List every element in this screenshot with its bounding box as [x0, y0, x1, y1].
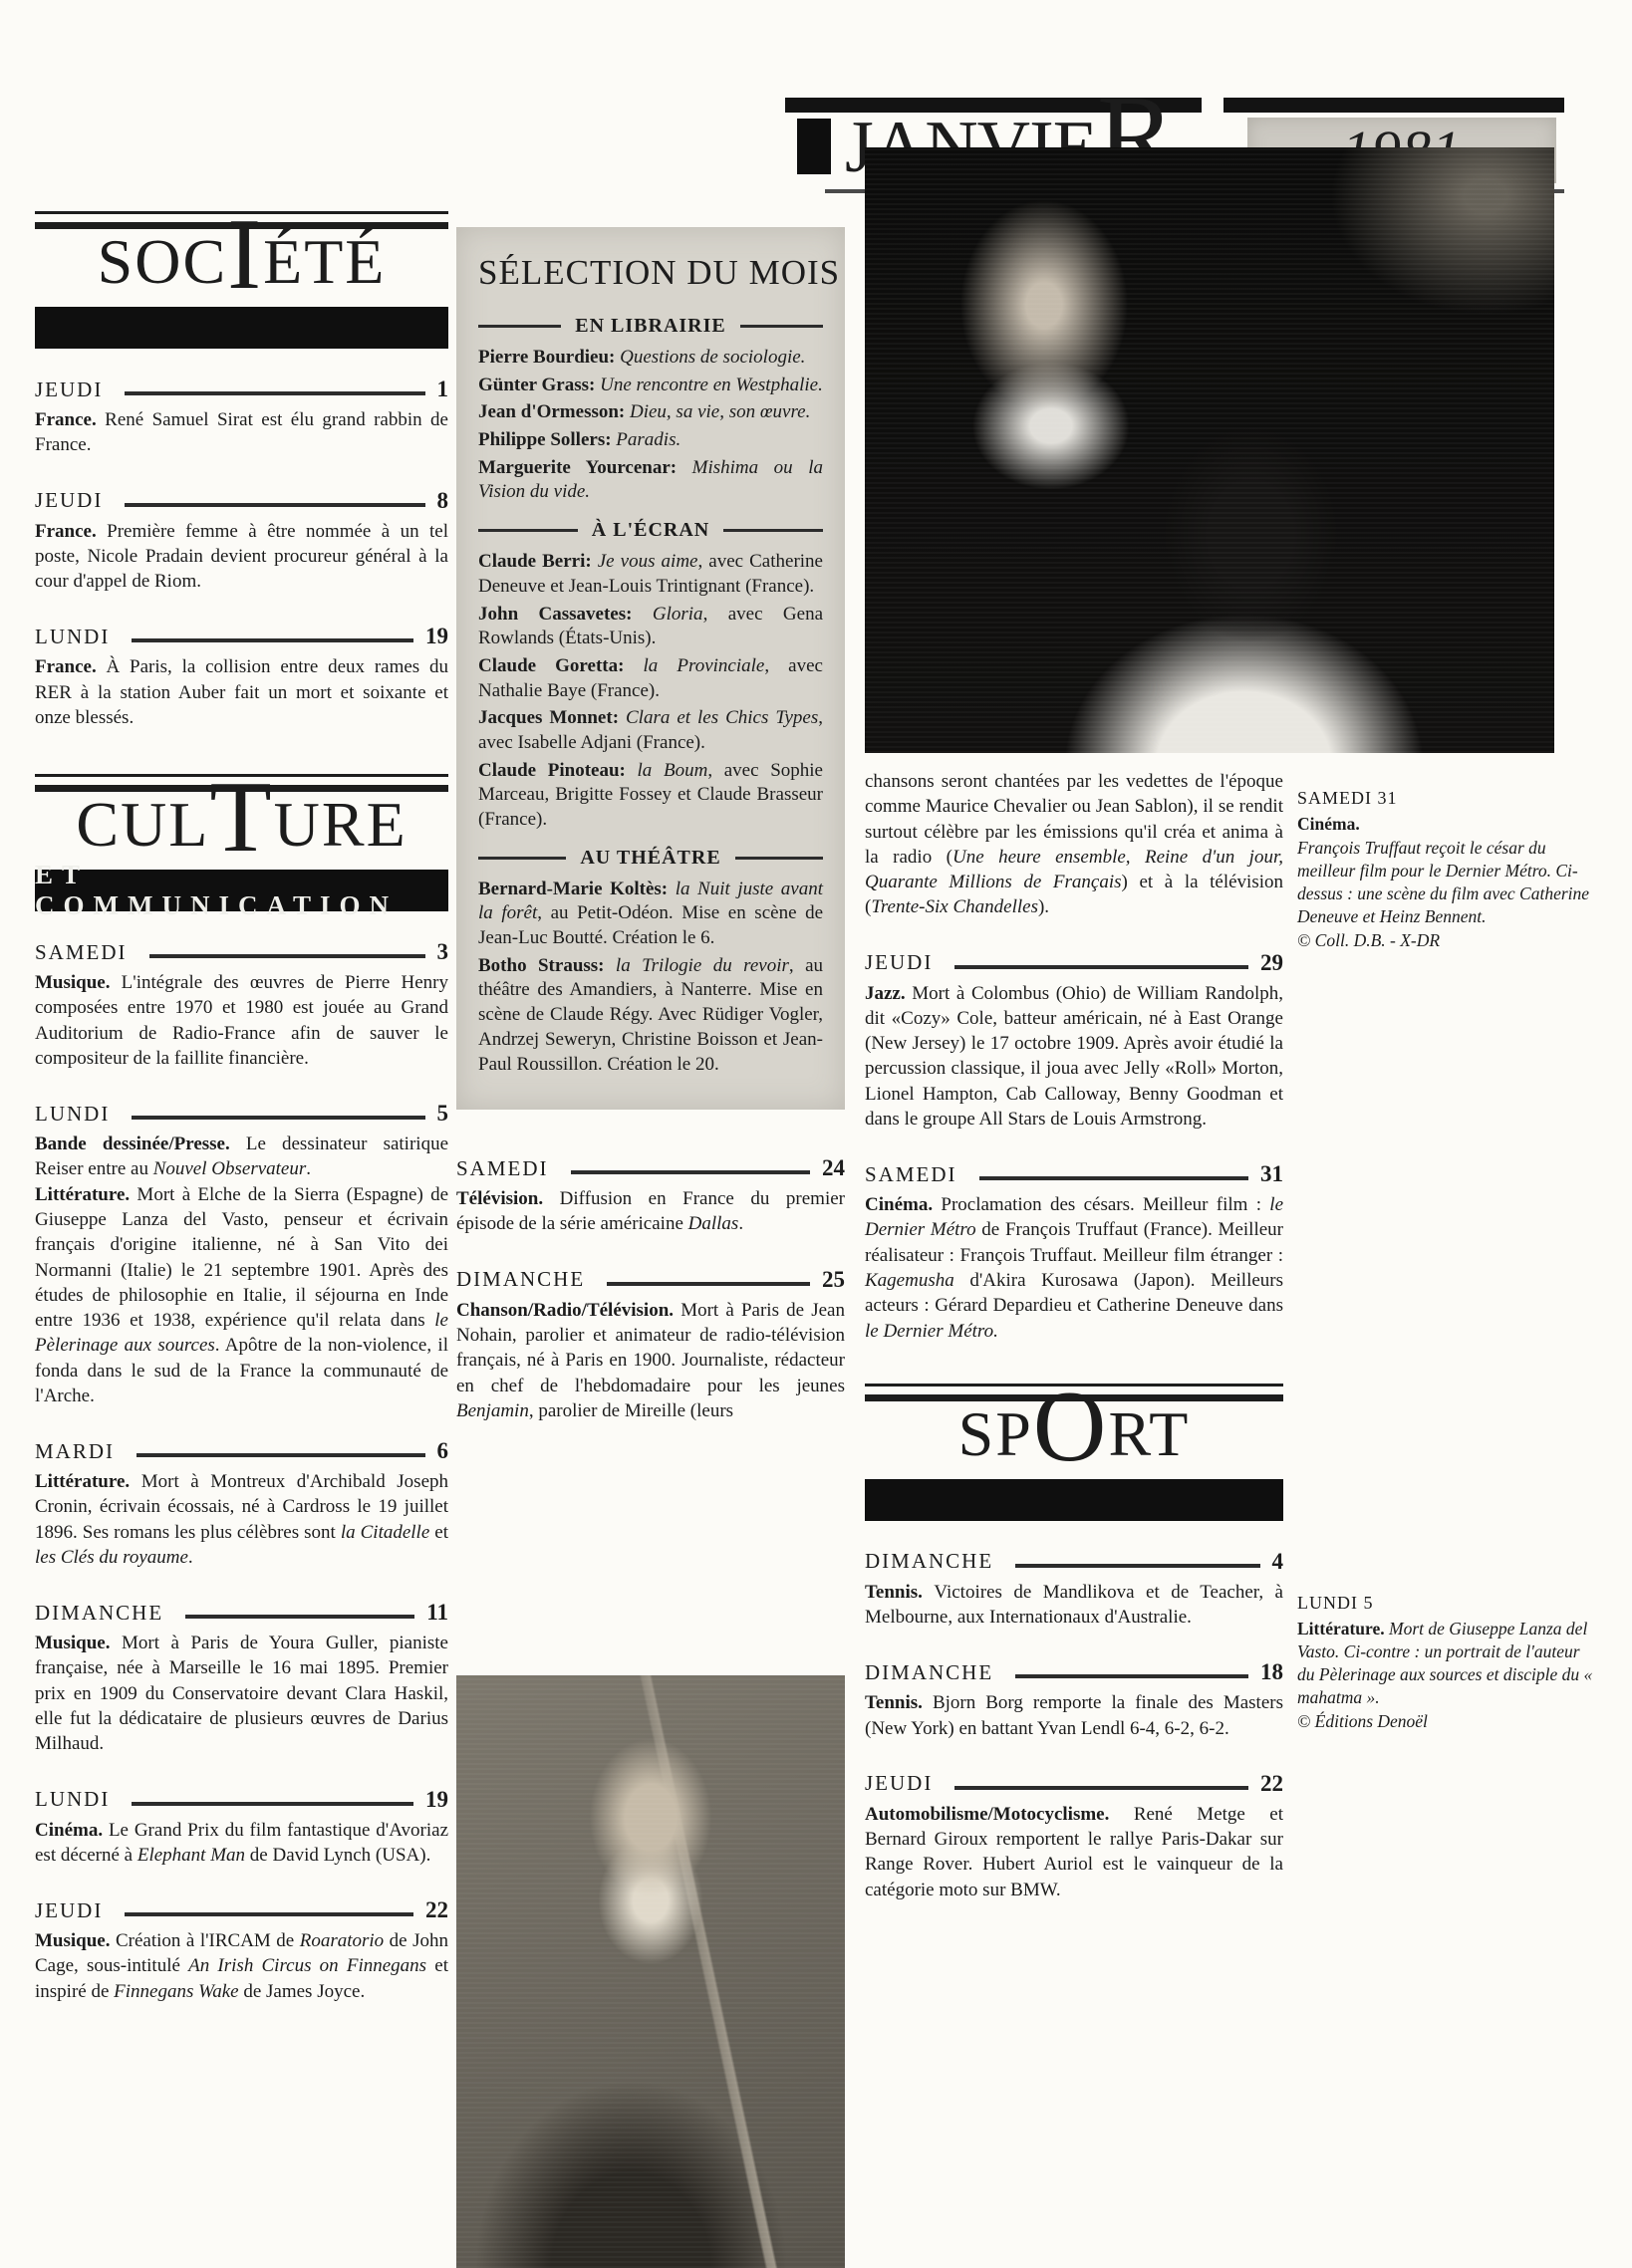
entry-body: Cinéma. Proclamation des césars. Meilleu… [865, 1192, 1283, 1344]
section-header-culture: CULTURE ET COMMUNICATION [35, 774, 448, 911]
entry-date-number: 19 [425, 1787, 448, 1813]
entry-date-number: 4 [1272, 1549, 1284, 1575]
title-post: RT [1108, 1398, 1190, 1469]
entry-body: Bande dessinée/Presse. Le dessinateur sa… [35, 1132, 448, 1408]
entry-culture-dimanche-11: DIMANCHE 11 Musique. Mort à Paris de You… [35, 1600, 448, 1756]
entry-day: DIMANCHE [865, 1549, 993, 1574]
entry-jeudi-29: JEUDI 29 Jazz. Mort à Colombus (Ohio) de… [865, 950, 1283, 1133]
subheader-a-l-ecran: À L'ÉCRAN [478, 519, 823, 542]
title-big-letter: I [227, 198, 263, 311]
entry-dimanche-25: DIMANCHE 25 Chanson/Radio/Télévision. Mo… [456, 1267, 845, 1423]
entry-date-number: 6 [437, 1438, 449, 1464]
section-header-sport: SPORT [865, 1384, 1283, 1521]
entry-body: Tennis. Bjorn Borg remporte la finale de… [865, 1690, 1283, 1741]
entry-body: Télévision. Diffusion en France du premi… [456, 1186, 845, 1237]
entry-head: DIMANCHE 25 [456, 1267, 845, 1293]
theatre-item: Botho Strauss: la Trilogie du revoir, au… [478, 954, 823, 1077]
entry-head: DIMANCHE 11 [35, 1600, 448, 1626]
entry-head: JEUDI 29 [865, 950, 1283, 976]
entry-day: MARDI [35, 1439, 115, 1464]
entry-body: Automobilisme/Motocyclisme. René Metge e… [865, 1802, 1283, 1902]
entry-body: France. Première femme à être nommée à u… [35, 519, 448, 595]
entry-body: France. À Paris, la collision entre deux… [35, 654, 448, 730]
entry-date-number: 25 [822, 1267, 845, 1293]
entry-rule [132, 1116, 424, 1120]
entry-rule [1015, 1674, 1248, 1678]
entry-rule [607, 1282, 810, 1286]
sport-black-bar [865, 1479, 1283, 1521]
sport-title: SPORT [865, 1386, 1283, 1471]
entry-head: DIMANCHE 4 [865, 1549, 1283, 1575]
entry-head: LUNDI 5 [35, 1101, 448, 1127]
caption-text: Littérature. Mort de Giuseppe Lanza del … [1297, 1618, 1596, 1733]
entry-sport-jeudi-22: JEUDI 22 Automobilisme/Motocyclisme. Ren… [865, 1771, 1283, 1902]
film-item: Jacques Monnet: Clara et les Chics Types… [478, 706, 823, 755]
column-left: SOCIÉTÉ JEUDI 1 France. René Samuel Sira… [35, 211, 448, 2034]
entry-head: SAMEDI 24 [456, 1155, 845, 1181]
entry-rule [125, 503, 424, 507]
theatre-item: Bernard-Marie Koltès: la Nuit juste avan… [478, 878, 823, 951]
entry-rule [954, 965, 1248, 969]
entry-date-number: 29 [1260, 950, 1283, 976]
entry-day: LUNDI [35, 625, 110, 649]
black-square-icon [797, 119, 831, 174]
photo-lanza-del-vasto-portrait [456, 1675, 845, 2268]
subheader-au-theatre: AU THÉÂTRE [478, 847, 823, 870]
entry-date-number: 19 [425, 624, 448, 649]
entry-date-number: 24 [822, 1155, 845, 1181]
magazine-page-janvier-1981: JANVIER 1981 SOCIÉTÉ JEUDI 1 France. Ren… [0, 0, 1632, 2268]
entry-body: France. René Samuel Sirat est élu grand … [35, 407, 448, 458]
entry-head: JEUDI 22 [35, 1897, 448, 1923]
entry-day: JEUDI [865, 950, 933, 975]
entry-head: DIMANCHE 18 [865, 1659, 1283, 1685]
entry-culture-lundi-5: LUNDI 5 Bande dessinée/Presse. Le dessin… [35, 1101, 448, 1408]
masthead-rule-right [1224, 98, 1564, 113]
entry-date-number: 5 [437, 1101, 449, 1127]
selection-title: SÉLECTION DU MOIS [478, 253, 823, 293]
subheader-rule [478, 325, 561, 328]
culture-title: CULTURE [35, 776, 448, 862]
entry-day: JEUDI [35, 488, 103, 513]
entry-rule [132, 1802, 413, 1806]
subheader-label: EN LIBRAIRIE [575, 315, 725, 338]
subheader-rule [723, 529, 823, 532]
entry-day: SAMEDI [35, 940, 128, 965]
entry-body: Cinéma. Le Grand Prix du film fantastiqu… [35, 1818, 448, 1869]
entry-day: LUNDI [35, 1787, 110, 1812]
entry-rule [1015, 1564, 1259, 1568]
column-third: chansons seront chantées par les vedette… [865, 769, 1283, 1932]
entry-societe-lundi-19: LUNDI 19 France. À Paris, la collision e… [35, 624, 448, 730]
title-pre: CUL [76, 789, 209, 860]
entry-rule [136, 1453, 424, 1457]
entry-sport-dimanche-4: DIMANCHE 4 Tennis. Victoires de Mandliko… [865, 1549, 1283, 1631]
subheader-en-librairie: EN LIBRAIRIE [478, 315, 823, 338]
entry-day: DIMANCHE [456, 1267, 585, 1292]
entry-day: JEUDI [35, 1898, 103, 1923]
entry-body: Jazz. Mort à Colombus (Ohio) de William … [865, 981, 1283, 1133]
entry-head: JEUDI 1 [35, 377, 448, 402]
societe-black-bar [35, 307, 448, 349]
film-item: John Cassavetes: Gloria, avec Gena Rowla… [478, 603, 823, 651]
subheader-label: AU THÉÂTRE [580, 847, 720, 870]
entry-samedi-24: SAMEDI 24 Télévision. Diffusion en Franc… [456, 1155, 845, 1237]
entry-body: Musique. L'intégrale des œuvres de Pierr… [35, 970, 448, 1071]
title-post: ÉTÉ [263, 226, 386, 297]
subheader-rule [478, 529, 578, 532]
film-item: Claude Pinoteau: la Boum, avec Sophie Ma… [478, 759, 823, 833]
subheader-rule [478, 857, 566, 860]
photo-dernier-metro-scene [865, 147, 1554, 753]
entry-head: JEUDI 22 [865, 1771, 1283, 1797]
entry-rule [571, 1170, 810, 1174]
subheader-rule [740, 325, 823, 328]
caption-vasto-photo: LUNDI 5 Littérature. Mort de Giuseppe La… [1297, 1592, 1596, 1734]
entry-head: JEUDI 8 [35, 488, 448, 514]
entry-body: Musique. Mort à Paris de Youra Guller, p… [35, 1631, 448, 1756]
title-big-letter: T [209, 761, 273, 874]
entry-rule [185, 1615, 414, 1619]
caption-text: Cinéma.François Truffaut reçoit le césar… [1297, 813, 1596, 953]
entry-day: JEUDI [865, 1771, 933, 1796]
entry-day: LUNDI [35, 1102, 110, 1127]
entry-head: LUNDI 19 [35, 1787, 448, 1813]
entry-date-number: 8 [437, 488, 449, 514]
title-pre: SP [958, 1398, 1033, 1469]
entry-rule [149, 954, 425, 958]
entry-day: SAMEDI [865, 1162, 957, 1187]
entry-head: LUNDI 19 [35, 624, 448, 649]
dimanche-25-continuation: chansons seront chantées par les vedette… [865, 769, 1283, 920]
column-middle: SÉLECTION DU MOIS EN LIBRAIRIE Pierre Bo… [456, 227, 845, 1453]
title-big-letter: O [1033, 1371, 1109, 1483]
book-item: Günter Grass: Une rencontre en Westphali… [478, 374, 823, 398]
entry-culture-samedi-3: SAMEDI 3 Musique. L'intégrale des œuvres… [35, 939, 448, 1071]
culture-black-bar: ET COMMUNICATION [35, 870, 448, 911]
entry-body: Littérature. Mort à Montreux d'Archibald… [35, 1469, 448, 1570]
caption-truffaut-photo: SAMEDI 31 Cinéma.François Truffaut reçoi… [1297, 787, 1596, 953]
entry-societe-jeudi-8: JEUDI 8 France. Première femme à être no… [35, 488, 448, 595]
societe-title: SOCIÉTÉ [35, 213, 448, 299]
book-item: Pierre Bourdieu: Questions de sociologie… [478, 346, 823, 371]
entry-date-number: 11 [426, 1600, 448, 1626]
entry-head: SAMEDI 3 [35, 939, 448, 965]
entry-body: Chanson/Radio/Télévision. Mort à Paris d… [456, 1298, 845, 1423]
entry-rule [132, 638, 413, 642]
entry-rule [125, 1912, 413, 1916]
subheader-label: À L'ÉCRAN [592, 519, 709, 542]
entry-rule [125, 391, 424, 395]
caption-day: SAMEDI 31 [1297, 787, 1596, 811]
entry-head: SAMEDI 31 [865, 1161, 1283, 1187]
entry-date-number: 31 [1260, 1161, 1283, 1187]
entry-head: MARDI 6 [35, 1438, 448, 1464]
entry-date-number: 18 [1260, 1659, 1283, 1685]
entry-body: Musique. Création à l'IRCAM de Roaratori… [35, 1928, 448, 2004]
entry-date-number: 3 [437, 939, 449, 965]
film-item: Claude Berri: Je vous aime, avec Catheri… [478, 550, 823, 599]
entry-day: DIMANCHE [35, 1601, 163, 1626]
selection-du-mois-box: SÉLECTION DU MOIS EN LIBRAIRIE Pierre Bo… [456, 227, 845, 1110]
entry-day: JEUDI [35, 378, 103, 402]
caption-day: LUNDI 5 [1297, 1592, 1596, 1616]
entry-culture-lundi-19: LUNDI 19 Cinéma. Le Grand Prix du film f… [35, 1787, 448, 1869]
book-item: Jean d'Ormesson: Dieu, sa vie, son œuvre… [478, 400, 823, 425]
entry-culture-mardi-6: MARDI 6 Littérature. Mort à Montreux d'A… [35, 1438, 448, 1570]
entry-samedi-31: SAMEDI 31 Cinéma. Proclamation des césar… [865, 1161, 1283, 1344]
entry-societe-jeudi-1: JEUDI 1 France. René Samuel Sirat est él… [35, 377, 448, 458]
title-post: URE [274, 789, 408, 860]
entry-day: SAMEDI [456, 1156, 549, 1181]
entry-rule [979, 1176, 1248, 1180]
section-header-societe: SOCIÉTÉ [35, 211, 448, 349]
entry-day: DIMANCHE [865, 1660, 993, 1685]
book-item: Marguerite Yourcenar: Mishima ou la Visi… [478, 456, 823, 505]
entry-sport-dimanche-18: DIMANCHE 18 Tennis. Bjorn Borg remporte … [865, 1659, 1283, 1741]
subheader-rule [735, 857, 823, 860]
book-item: Philippe Sollers: Paradis. [478, 428, 823, 453]
title-pre: SOC [98, 226, 228, 297]
film-item: Claude Goretta: la Provinciale, avec Nat… [478, 654, 823, 703]
entry-date-number: 22 [1260, 1771, 1283, 1797]
entry-date-number: 22 [425, 1897, 448, 1923]
entry-culture-jeudi-22: JEUDI 22 Musique. Création à l'IRCAM de … [35, 1897, 448, 2004]
entry-rule [954, 1786, 1248, 1790]
entry-date-number: 1 [437, 377, 449, 402]
entry-body: Tennis. Victoires de Mandlikova et de Te… [865, 1580, 1283, 1631]
